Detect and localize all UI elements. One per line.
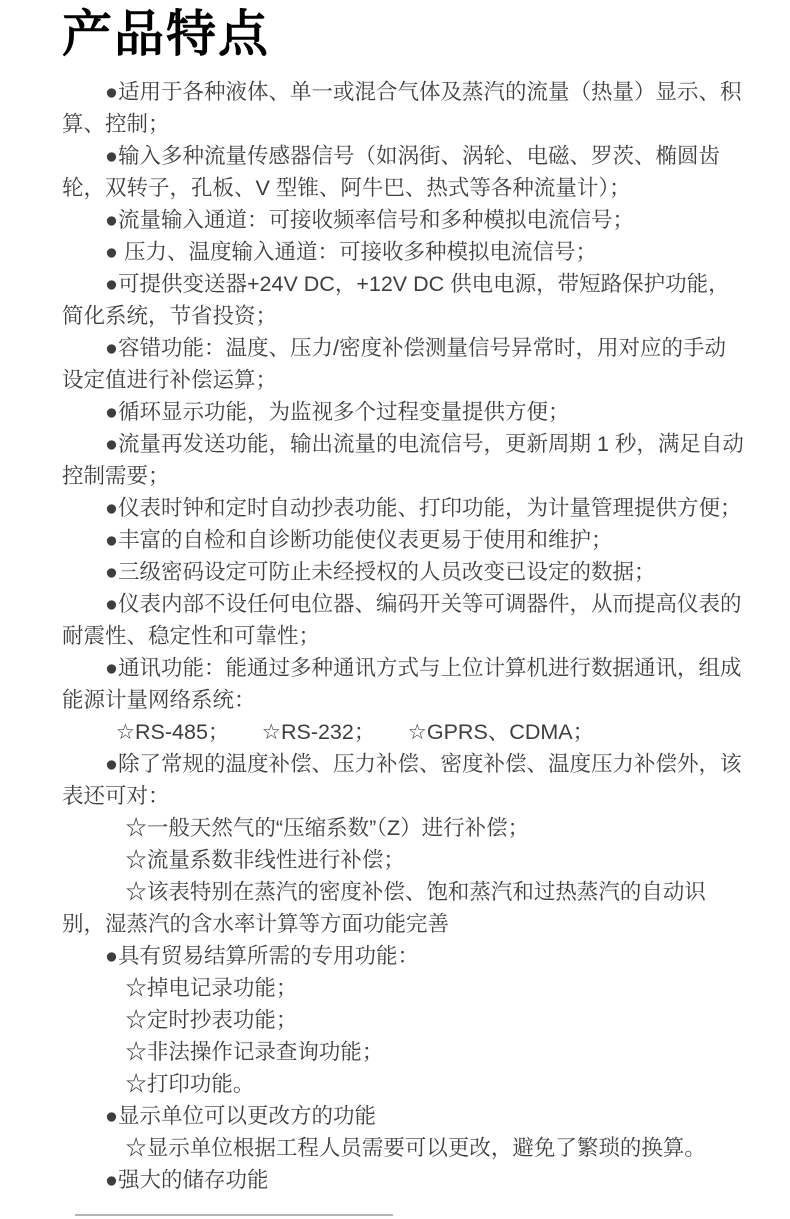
document-page: 产品特点 ●适用于各种液体、单一或混合气体及蒸汽的流量（热量）显示、积算、控制；…: [0, 0, 790, 1219]
feature-item: ☆显示单位根据工程人员需要可以更改，避免了繁琐的换算。: [62, 1132, 746, 1164]
feature-item: ☆一般天然气的“压缩系数”（Z）进行补偿；: [62, 812, 746, 844]
page-title: 产品特点: [62, 4, 746, 64]
feature-item: ● 压力、温度输入通道：可接收多种模拟电流信号；: [62, 236, 746, 268]
feature-item: ●丰富的自检和自诊断功能使仪表更易于使用和维护；: [62, 524, 746, 556]
feature-item: ☆打印功能。: [62, 1068, 746, 1100]
cutoff-table-top-border: [75, 1214, 393, 1216]
feature-list: ●适用于各种液体、单一或混合气体及蒸汽的流量（热量）显示、积算、控制；●输入多种…: [62, 76, 746, 1196]
feature-item: ☆RS-485； ☆RS-232； ☆GPRS、CDMA；: [62, 716, 746, 748]
feature-item: ●强大的储存功能: [62, 1164, 746, 1196]
feature-item: ●流量输入通道：可接收频率信号和多种模拟电流信号；: [62, 204, 746, 236]
feature-item: ●输入多种流量传感器信号（如涡街、涡轮、电磁、罗茨、椭圆齿轮，双转子，孔板、V …: [62, 140, 746, 204]
feature-item: ●显示单位可以更改方的功能: [62, 1100, 746, 1132]
feature-item: ●仪表内部不设任何电位器、编码开关等可调器件，从而提高仪表的耐震性、稳定性和可靠…: [62, 588, 746, 652]
feature-item: ●可提供变送器+24V DC，+12V DC 供电电源，带短路保护功能，简化系统…: [62, 268, 746, 332]
feature-item: ●三级密码设定可防止未经授权的人员改变已设定的数据；: [62, 556, 746, 588]
feature-item: ●仪表时钟和定时自动抄表功能、打印功能，为计量管理提供方便；: [62, 492, 746, 524]
feature-item: ☆定时抄表功能；: [62, 1004, 746, 1036]
feature-item: ●循环显示功能，为监视多个过程变量提供方便；: [62, 396, 746, 428]
feature-item: ☆流量系数非线性进行补偿；: [62, 844, 746, 876]
feature-item: ●容错功能：温度、压力/密度补偿测量信号异常时，用对应的手动设定值进行补偿运算；: [62, 332, 746, 396]
feature-item: ☆掉电记录功能；: [62, 972, 746, 1004]
feature-item: ☆该表特别在蒸汽的密度补偿、饱和蒸汽和过热蒸汽的自动识别，湿蒸汽的含水率计算等方…: [62, 876, 746, 940]
feature-item: ●适用于各种液体、单一或混合气体及蒸汽的流量（热量）显示、积算、控制；: [62, 76, 746, 140]
feature-item: ●通讯功能：能通过多种通讯方式与上位计算机进行数据通讯，组成能源计量网络系统：: [62, 652, 746, 716]
feature-item: ☆非法操作记录查询功能；: [62, 1036, 746, 1068]
feature-item: ●流量再发送功能，输出流量的电流信号，更新周期 1 秒，满足自动控制需要；: [62, 428, 746, 492]
feature-item: ●具有贸易结算所需的专用功能：: [62, 940, 746, 972]
feature-item: ●除了常规的温度补偿、压力补偿、密度补偿、温度压力补偿外，该表还可对：: [62, 748, 746, 812]
